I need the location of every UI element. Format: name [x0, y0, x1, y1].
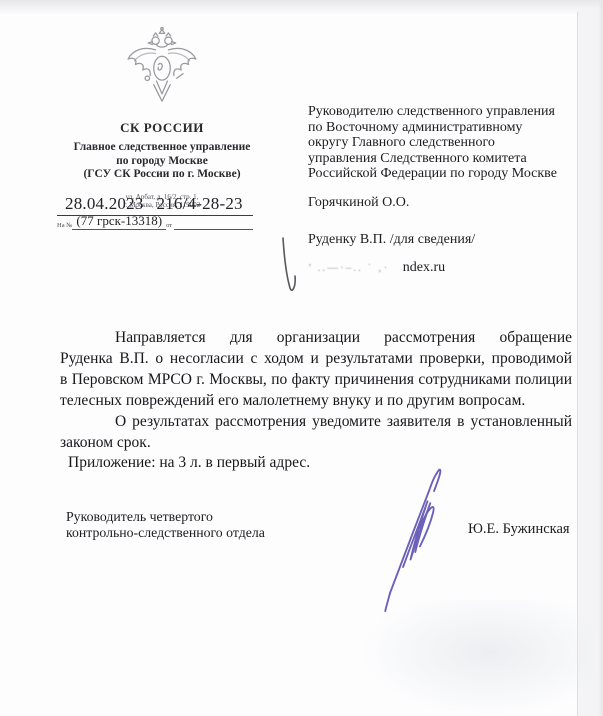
letterhead-block: СК РОССИИ Главное следственное управлени…	[53, 26, 271, 210]
scan-bottom-shadow	[360, 600, 595, 716]
handwritten-signature-icon	[378, 462, 460, 612]
ref-blank-line	[174, 219, 253, 230]
body-line: Руденка В.П. о несогласии с ходом и резу…	[60, 348, 572, 369]
incoming-ref-row: На № (77 грск-13318) от	[57, 216, 253, 230]
redacted-email-part: ’ ..—·–.. ˙ ‚·	[308, 262, 389, 274]
body-line: телесных повреждений его малолетнему вну…	[60, 390, 572, 411]
signer-title-line: Руководитель четвертого	[66, 509, 265, 525]
reference-block: 28.04.2023216/4-28-23 На № (77 грск-1331…	[57, 194, 253, 230]
visible-email-part: ndex.ru	[403, 260, 445, 275]
addressee-line: управления Следственного комитета	[308, 151, 578, 167]
org-name-line: (ГСУ СК России по г. Москве)	[53, 168, 271, 182]
addressee-line: Российской Федерации по городу Москве	[308, 166, 578, 182]
body-line: в Перовском МРСО г. Москвы, по факту при…	[60, 369, 572, 390]
scan-top-shadow	[0, 0, 603, 15]
addressee-line: Руководителю следственного управления	[308, 104, 578, 120]
signer-title-line: контрольно-следственного отдела	[66, 525, 265, 541]
body-line: О результатах рассмотрения уведомите зая…	[60, 411, 572, 432]
scan-far-edge-shadow	[598, 0, 603, 716]
ref-prefix-label: На №	[57, 222, 72, 230]
letter-date: 28.04.2023	[65, 194, 144, 213]
org-short-name: СК РОССИИ	[53, 120, 271, 136]
body-line: законом срок.	[60, 432, 572, 453]
signer-title-block: Руководитель четвертого контрольно-следс…	[66, 509, 265, 541]
org-name-line: Главное следственное управление	[53, 141, 271, 155]
letter-body: Направляется для организации рассмотрени…	[60, 327, 572, 453]
coat-of-arms-icon	[124, 26, 200, 114]
copy-recipient-line: Руденку В.П. /для сведения/	[308, 232, 578, 248]
addressee-line: по Восточному административному	[308, 120, 578, 136]
org-name-block: Главное следственное управление по город…	[53, 141, 271, 182]
addressee-block: Руководителю следственного управления по…	[308, 104, 578, 276]
letter-number: 216/4-28-23	[157, 194, 243, 213]
scanned-letter-page: { "letterhead": { "emblem_icon": "double…	[0, 0, 603, 716]
addressee-line: округу Главного следственного	[308, 135, 578, 151]
org-name-line: по городу Москве	[53, 155, 271, 169]
email-line: ’ ..—·–.. ˙ ‚· ndex.ru	[308, 260, 578, 276]
attachment-line: Приложение: на 3 л. в первый адрес.	[68, 454, 310, 472]
incoming-ref-number: (77 грск-13318)	[72, 213, 166, 230]
handwritten-checkmark-icon	[277, 234, 305, 298]
signer-name: Ю.Е. Бужинская	[468, 521, 570, 538]
ref-infix-label: от	[166, 222, 172, 230]
body-line: Направляется для организации рассмотрени…	[60, 327, 572, 348]
recipient-name: Горячкиной О.О.	[308, 195, 578, 211]
